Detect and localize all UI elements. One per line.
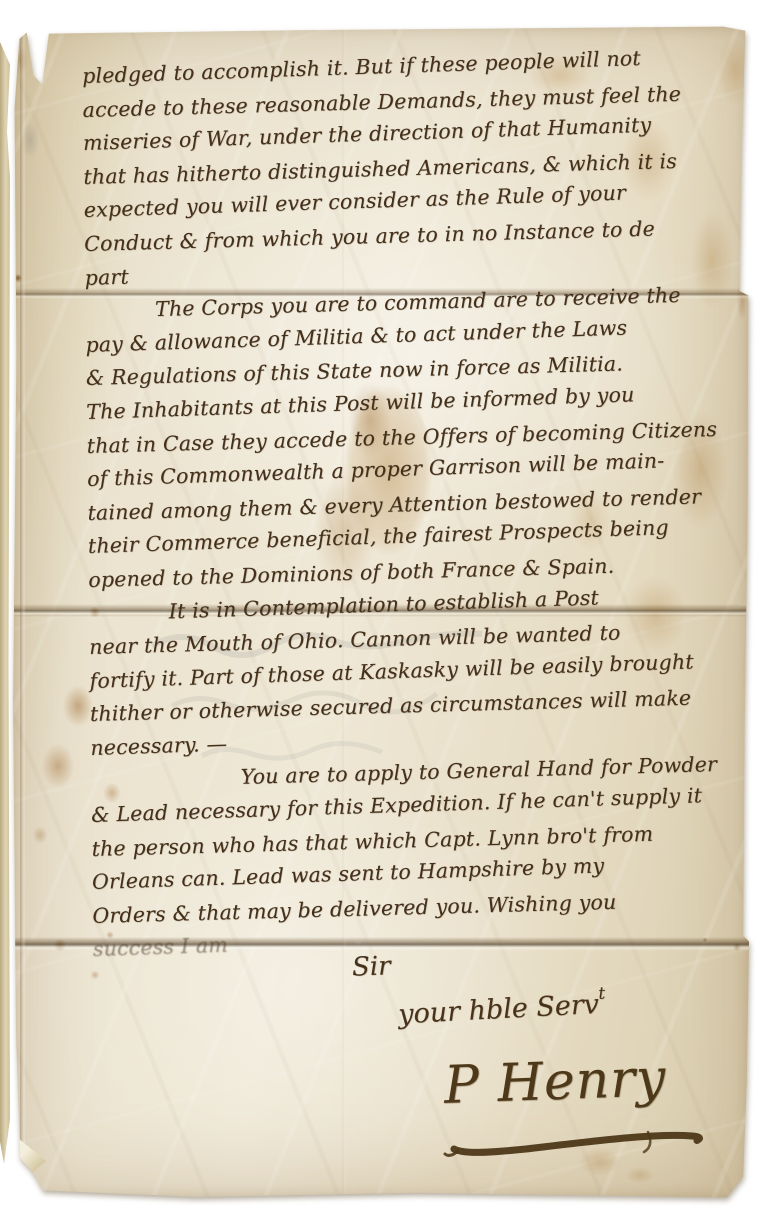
manuscript-text: pledged to accomplish it. But if these p… <box>82 52 718 967</box>
closing-valediction: your hble Servt <box>397 983 606 1031</box>
signature: P Henry <box>443 1048 667 1116</box>
closing-salutation: Sir <box>351 951 391 982</box>
vertical-crease-left <box>20 26 26 1198</box>
signature-flourish-icon <box>440 1122 712 1162</box>
valediction-text: your hble Serv <box>397 989 599 1030</box>
paper-wrap: pledged to accomplish it. But if these p… <box>0 0 760 1224</box>
valediction-superscript: t <box>598 983 606 1003</box>
document-scan: { "letter": { "ink_color": "#44301a", "p… <box>0 0 760 1224</box>
bottom-left-corner-fold <box>18 1138 46 1180</box>
manuscript-body: pledged to accomplish it. But if these p… <box>82 52 718 967</box>
manuscript-paper: pledged to accomplish it. But if these p… <box>12 26 749 1198</box>
